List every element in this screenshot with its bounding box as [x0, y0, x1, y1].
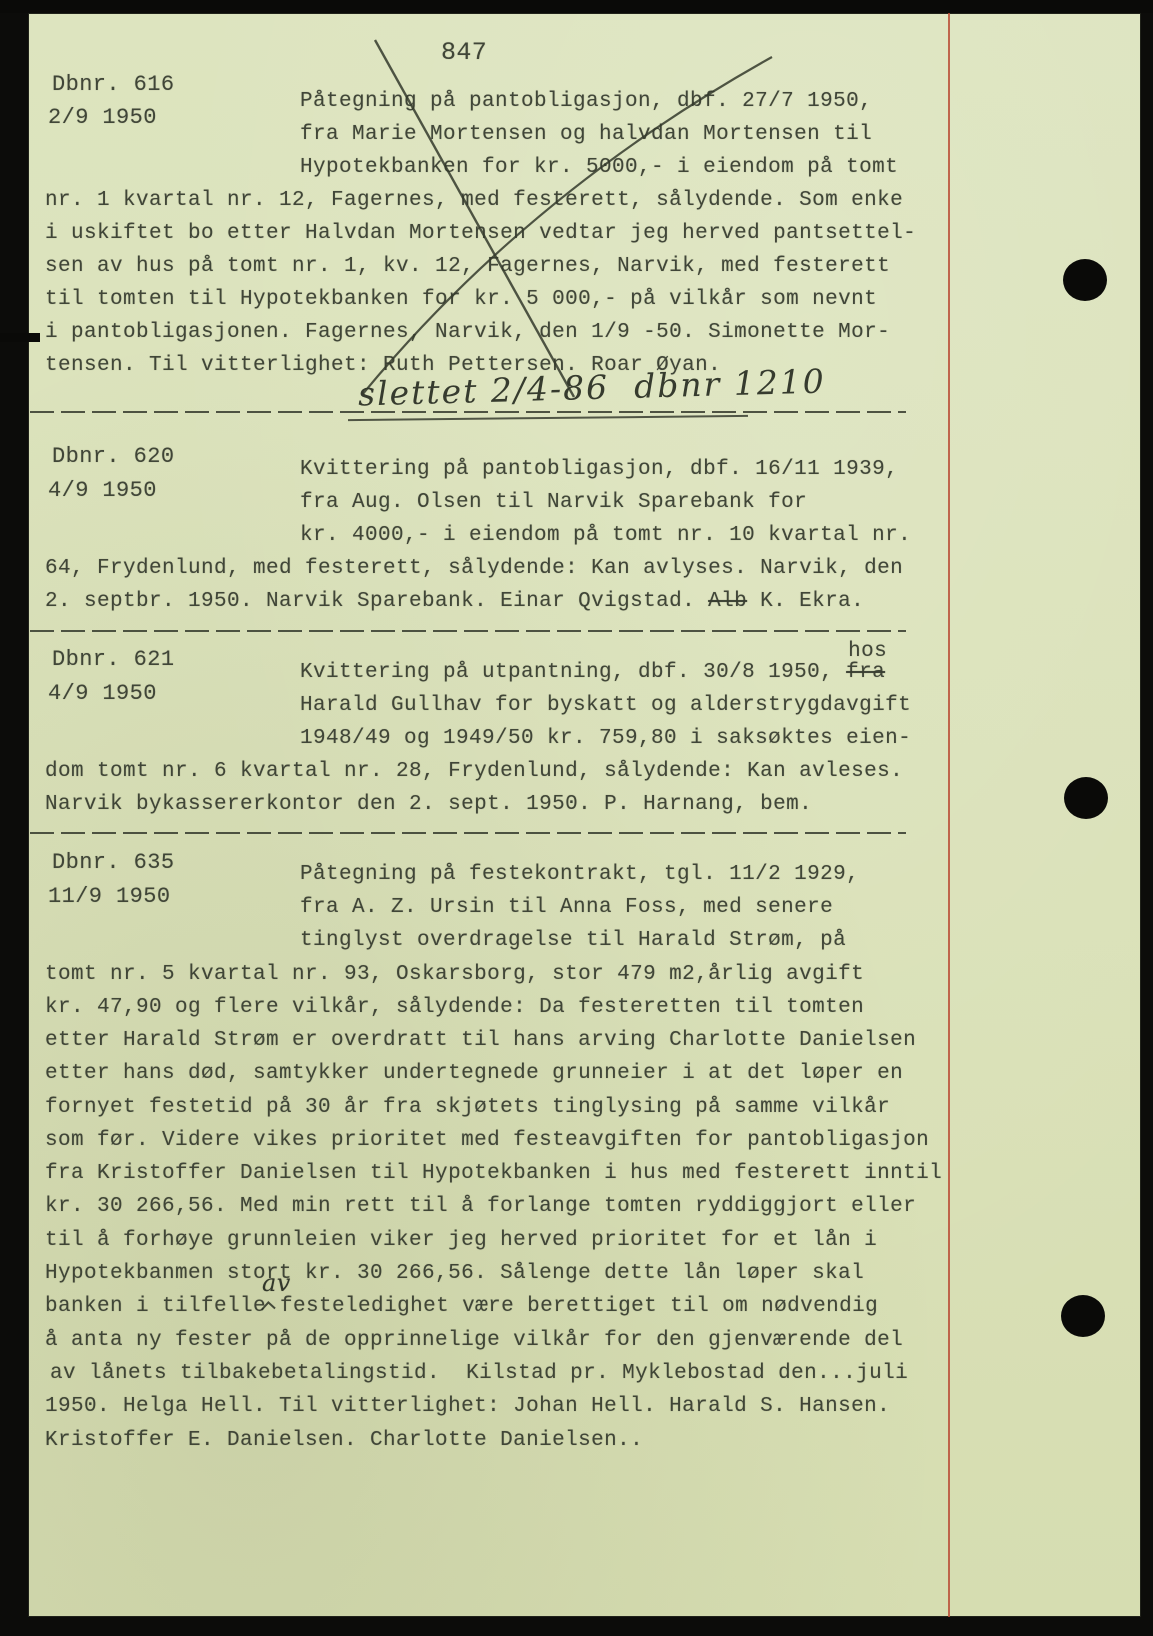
line-part: festeledighet være berettiget til om nød…	[280, 1295, 878, 1318]
entry-line: kr. 4000,- i eiendom på tomt nr. 10 kvar…	[300, 524, 911, 548]
entry-line: fornyet festetid på 30 år fra skjøtets t…	[45, 1096, 890, 1120]
scan-artifact	[0, 333, 40, 342]
entry-line: Kvittering på pantobligasjon, dbf. 16/11…	[300, 458, 898, 482]
entry-4-dbnr: Dbnr. 635	[52, 851, 174, 875]
margin-line	[948, 13, 950, 1617]
entry-line: Påtegning på pantobligasjon, dbf. 27/7 1…	[300, 90, 872, 114]
entry-line: banken i tilfelleavfesteledighet være be…	[45, 1295, 878, 1319]
entry-2-dbnr: Dbnr. 620	[52, 445, 174, 469]
struck-text: Alb	[708, 590, 747, 613]
correction: hosfra	[846, 661, 885, 685]
entry-line: 1950. Helga Hell. Til vitterlighet: Joha…	[45, 1395, 890, 1419]
paper: 847 Dbnr. 616 2/9 1950 Påtegning på pant…	[28, 13, 1141, 1617]
entry-separator	[30, 630, 906, 632]
entry-line: kr. 47,90 og flere vilkår, sålydende: Da…	[45, 996, 864, 1020]
page-number: 847	[441, 41, 487, 65]
hole-punch	[1061, 1295, 1105, 1337]
entry-line: 2. septbr. 1950. Narvik Sparebank. Einar…	[45, 590, 864, 614]
document-scan: { "page_number": "847", "colors": { "pap…	[0, 0, 1153, 1636]
scan-border-top	[0, 0, 1153, 13]
entry-line: i pantobligasjonen. Fagernes, Narvik, de…	[45, 321, 890, 345]
entry-line: Kvittering på utpantning, dbf. 30/8 1950…	[300, 661, 885, 685]
entry-3-date: 4/9 1950	[48, 682, 157, 706]
entry-line: tinglyst overdragelse til Harald Strøm, …	[300, 929, 846, 953]
line-part: banken i tilfelle	[45, 1295, 266, 1318]
struck-text: fra	[846, 661, 885, 684]
entry-line: til å forhøye grunnleien viker jeg herve…	[45, 1229, 877, 1253]
entry-line: etter hans død, samtykker undertegnede g…	[45, 1062, 903, 1086]
entry-3-dbnr: Dbnr. 621	[52, 648, 174, 672]
entry-line: Harald Gullhav for byskatt og alderstryg…	[300, 694, 911, 718]
entry-1-date: 2/9 1950	[48, 106, 157, 130]
inserted-word: av	[262, 1271, 291, 1295]
handwritten-underline	[348, 415, 748, 421]
line-part: K. Ekra.	[747, 590, 864, 613]
inserted-word: hos	[848, 640, 887, 664]
entry-line: fra Marie Mortensen og halvdan Mortensen…	[300, 123, 872, 147]
entry-line: som før. Videre vikes prioritet med fest…	[45, 1129, 929, 1153]
entry-1-dbnr: Dbnr. 616	[52, 73, 174, 97]
hole-punch	[1063, 259, 1107, 301]
entry-line: tomt nr. 5 kvartal nr. 93, Oskarsborg, s…	[45, 963, 864, 987]
entry-line: fra A. Z. Ursin til Anna Foss, med sener…	[300, 896, 833, 920]
entry-separator	[30, 411, 906, 413]
entry-line: 1948/49 og 1949/50 kr. 759,80 i saksøkte…	[300, 727, 911, 751]
entry-line: Narvik bykassererkontor den 2. sept. 195…	[45, 793, 812, 817]
entry-line: kr. 30 266,56. Med min rett til å forlan…	[45, 1195, 916, 1219]
hole-punch	[1064, 777, 1108, 819]
entry-line: etter Harald Strøm er overdratt til hans…	[45, 1029, 916, 1053]
entry-separator	[30, 832, 906, 834]
entry-line: sen av hus på tomt nr. 1, kv. 12, Fagern…	[45, 255, 890, 279]
entry-line: Kristoffer E. Danielsen. Charlotte Danie…	[45, 1429, 643, 1453]
entry-line: fra Aug. Olsen til Narvik Sparebank for	[300, 491, 807, 515]
entry-line: Hypotekbanmen stort kr. 30 266,56. Sålen…	[45, 1262, 864, 1286]
entry-line: av lånets tilbakebetalingstid. Kilstad p…	[50, 1362, 908, 1386]
entry-line: i uskiftet bo etter Halvdan Mortensen ve…	[45, 222, 916, 246]
entry-line: til tomten til Hypotekbanken for kr. 5 0…	[45, 288, 877, 312]
entry-4-date: 11/9 1950	[48, 885, 170, 909]
entry-line: nr. 1 kvartal nr. 12, Fagernes, med fest…	[45, 189, 903, 213]
entry-line: 64, Frydenlund, med festerett, sålydende…	[45, 557, 903, 581]
insertion-mark: av	[266, 1295, 280, 1319]
entry-line: Hypotekbanken for kr. 5000,- i eiendom p…	[300, 156, 898, 180]
entry-line: fra Kristoffer Danielsen til Hypotekbank…	[45, 1162, 942, 1186]
entry-2-date: 4/9 1950	[48, 479, 157, 503]
entry-line: dom tomt nr. 6 kvartal nr. 28, Frydenlun…	[45, 760, 903, 784]
entry-line: å anta ny fester på de opprinnelige vilk…	[45, 1329, 903, 1353]
entry-line: Påtegning på festekontrakt, tgl. 11/2 19…	[300, 863, 859, 887]
line-part: 2. septbr. 1950. Narvik Sparebank. Einar…	[45, 590, 708, 613]
line-part: Kvittering på utpantning, dbf. 30/8 1950…	[300, 661, 846, 684]
